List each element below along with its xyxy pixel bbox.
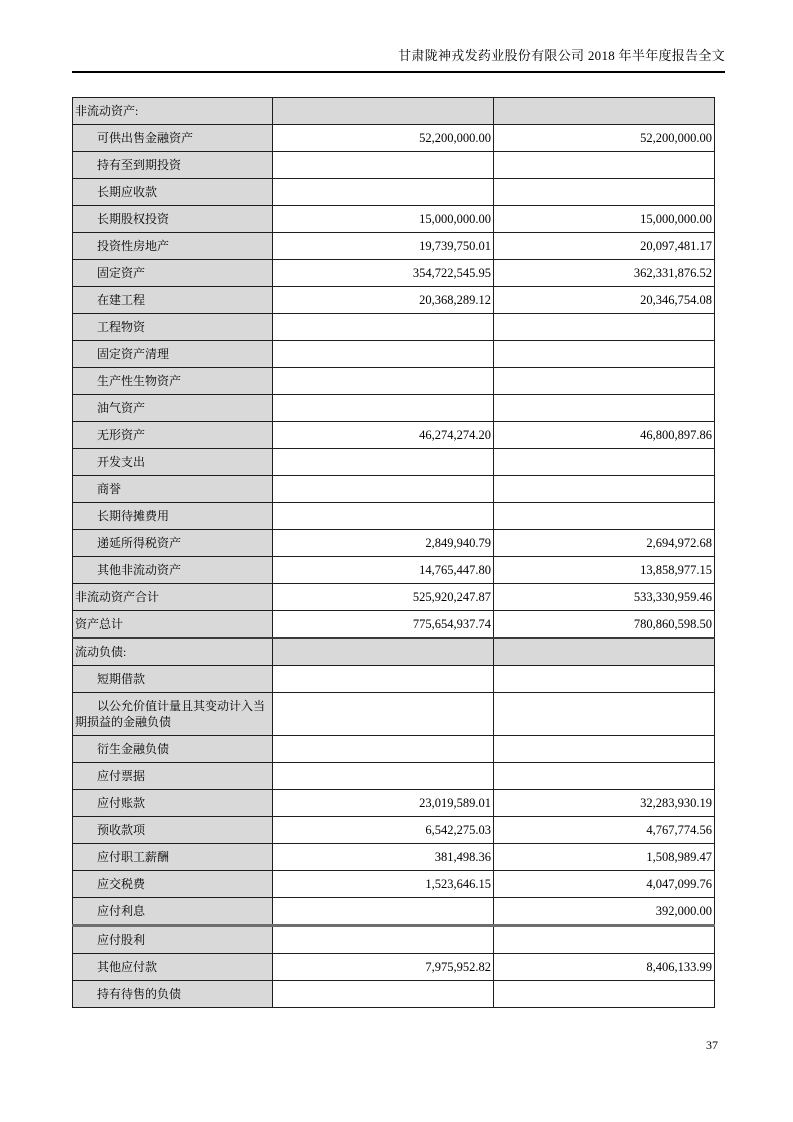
amount-prior [494, 981, 715, 1008]
row-label: 商誉 [73, 476, 273, 503]
amount-prior: 4,047,099.76 [494, 871, 715, 898]
table-row: 其他应付款7,975,952.828,406,133.99 [73, 954, 715, 981]
amount-prior: 20,346,754.08 [494, 287, 715, 314]
amount-current: 1,523,646.15 [273, 871, 494, 898]
table-row: 长期应收款 [73, 179, 715, 206]
amount-current [273, 98, 494, 125]
amount-prior [494, 736, 715, 763]
table-row: 固定资产清理 [73, 341, 715, 368]
table-row: 生产性生物资产 [73, 368, 715, 395]
amount-prior: 392,000.00 [494, 898, 715, 926]
amount-current [273, 898, 494, 926]
amount-current [273, 926, 494, 954]
amount-prior: 2,694,972.68 [494, 530, 715, 557]
row-label: 投资性房地产 [73, 233, 273, 260]
amount-current [273, 314, 494, 341]
table-row: 短期借款 [73, 666, 715, 693]
row-label: 应交税费 [73, 871, 273, 898]
amount-prior [494, 503, 715, 530]
table-row: 其他非流动资产14,765,447.8013,858,977.15 [73, 557, 715, 584]
amount-prior [494, 152, 715, 179]
row-label: 预收款项 [73, 817, 273, 844]
row-label: 应付股利 [73, 926, 273, 954]
amount-current: 46,274,274.20 [273, 422, 494, 449]
row-label: 应付票据 [73, 763, 273, 790]
amount-prior: 13,858,977.15 [494, 557, 715, 584]
row-label: 其他应付款 [73, 954, 273, 981]
row-label: 持有待售的负债 [73, 981, 273, 1008]
table-row: 以公允价值计量且其变动计入当期损益的金融负债 [73, 693, 715, 736]
amount-current: 23,019,589.01 [273, 790, 494, 817]
amount-current: 14,765,447.80 [273, 557, 494, 584]
amount-current: 19,739,750.01 [273, 233, 494, 260]
amount-current [273, 341, 494, 368]
document-page: 甘肃陇神戎发药业股份有限公司 2018 年半年度报告全文 非流动资产:可供出售金… [0, 0, 793, 1122]
amount-prior [494, 763, 715, 790]
row-label: 应付利息 [73, 898, 273, 926]
table-row: 衍生金融负债 [73, 736, 715, 763]
table-row: 资产总计775,654,937.74780,860,598.50 [73, 611, 715, 639]
amount-current [273, 368, 494, 395]
row-label: 非流动资产合计 [73, 584, 273, 611]
amount-current: 7,975,952.82 [273, 954, 494, 981]
table-row: 非流动资产: [73, 98, 715, 125]
row-label: 油气资产 [73, 395, 273, 422]
amount-prior [494, 693, 715, 736]
table-row: 预收款项6,542,275.034,767,774.56 [73, 817, 715, 844]
row-label: 开发支出 [73, 449, 273, 476]
table-row: 递延所得税资产2,849,940.792,694,972.68 [73, 530, 715, 557]
amount-prior: 15,000,000.00 [494, 206, 715, 233]
table-row: 应交税费1,523,646.154,047,099.76 [73, 871, 715, 898]
row-label: 固定资产 [73, 260, 273, 287]
amount-current: 6,542,275.03 [273, 817, 494, 844]
table-row: 在建工程20,368,289.1220,346,754.08 [73, 287, 715, 314]
page-number: 37 [706, 1038, 718, 1052]
table-row: 无形资产46,274,274.2046,800,897.86 [73, 422, 715, 449]
amount-current [273, 638, 494, 666]
amount-prior: 32,283,930.19 [494, 790, 715, 817]
table-row: 应付账款23,019,589.0132,283,930.19 [73, 790, 715, 817]
amount-prior [494, 926, 715, 954]
amount-current [273, 693, 494, 736]
row-label: 流动负债: [73, 638, 273, 666]
table-body: 非流动资产:可供出售金融资产52,200,000.0052,200,000.00… [73, 98, 715, 1008]
amount-current [273, 449, 494, 476]
amount-prior: 52,200,000.00 [494, 125, 715, 152]
amount-current: 775,654,937.74 [273, 611, 494, 639]
amount-current: 525,920,247.87 [273, 584, 494, 611]
amount-current: 2,849,940.79 [273, 530, 494, 557]
amount-prior [494, 368, 715, 395]
amount-prior [494, 638, 715, 666]
amount-current: 354,722,545.95 [273, 260, 494, 287]
amount-prior [494, 341, 715, 368]
amount-current [273, 476, 494, 503]
row-label: 衍生金融负债 [73, 736, 273, 763]
amount-current [273, 395, 494, 422]
header-title: 甘肃陇神戎发药业股份有限公司 2018 年半年度报告全文 [398, 48, 725, 63]
amount-prior [494, 179, 715, 206]
amount-prior: 8,406,133.99 [494, 954, 715, 981]
row-label: 在建工程 [73, 287, 273, 314]
table-row: 流动负债: [73, 638, 715, 666]
amount-prior: 533,330,959.46 [494, 584, 715, 611]
row-label: 其他非流动资产 [73, 557, 273, 584]
table-row: 应付利息392,000.00 [73, 898, 715, 926]
amount-prior: 780,860,598.50 [494, 611, 715, 639]
table-row: 开发支出 [73, 449, 715, 476]
amount-current: 52,200,000.00 [273, 125, 494, 152]
table-row: 持有至到期投资 [73, 152, 715, 179]
table-row: 商誉 [73, 476, 715, 503]
amount-current: 381,498.36 [273, 844, 494, 871]
amount-current [273, 503, 494, 530]
table-row: 非流动资产合计525,920,247.87533,330,959.46 [73, 584, 715, 611]
row-label: 持有至到期投资 [73, 152, 273, 179]
table-row: 可供出售金融资产52,200,000.0052,200,000.00 [73, 125, 715, 152]
row-label: 固定资产清理 [73, 341, 273, 368]
amount-current [273, 666, 494, 693]
amount-current [273, 736, 494, 763]
amount-prior: 362,331,876.52 [494, 260, 715, 287]
amount-current [273, 981, 494, 1008]
amount-current: 15,000,000.00 [273, 206, 494, 233]
row-label: 应付账款 [73, 790, 273, 817]
amount-current [273, 179, 494, 206]
amount-prior [494, 666, 715, 693]
table-row: 应付股利 [73, 926, 715, 954]
amount-prior: 1,508,989.47 [494, 844, 715, 871]
amount-prior [494, 314, 715, 341]
table-row: 应付票据 [73, 763, 715, 790]
balance-sheet-table: 非流动资产:可供出售金融资产52,200,000.0052,200,000.00… [72, 97, 715, 1008]
row-label: 短期借款 [73, 666, 273, 693]
row-label: 资产总计 [73, 611, 273, 639]
row-label: 无形资产 [73, 422, 273, 449]
row-label: 工程物资 [73, 314, 273, 341]
row-label: 以公允价值计量且其变动计入当期损益的金融负债 [73, 693, 273, 736]
row-label: 长期应收款 [73, 179, 273, 206]
table-row: 投资性房地产19,739,750.0120,097,481.17 [73, 233, 715, 260]
row-label: 应付职工薪酬 [73, 844, 273, 871]
table-row: 长期待摊费用 [73, 503, 715, 530]
amount-prior: 46,800,897.86 [494, 422, 715, 449]
amount-current [273, 152, 494, 179]
row-label: 可供出售金融资产 [73, 125, 273, 152]
document-header: 甘肃陇神戎发药业股份有限公司 2018 年半年度报告全文 [72, 48, 725, 73]
row-label: 生产性生物资产 [73, 368, 273, 395]
amount-prior [494, 98, 715, 125]
row-label: 递延所得税资产 [73, 530, 273, 557]
row-label: 非流动资产: [73, 98, 273, 125]
table-row: 油气资产 [73, 395, 715, 422]
amount-current: 20,368,289.12 [273, 287, 494, 314]
table-row: 工程物资 [73, 314, 715, 341]
table-row: 长期股权投资15,000,000.0015,000,000.00 [73, 206, 715, 233]
row-label: 长期待摊费用 [73, 503, 273, 530]
table-row: 固定资产354,722,545.95362,331,876.52 [73, 260, 715, 287]
amount-prior [494, 449, 715, 476]
amount-prior [494, 395, 715, 422]
table-row: 持有待售的负债 [73, 981, 715, 1008]
table-row: 应付职工薪酬381,498.361,508,989.47 [73, 844, 715, 871]
amount-prior [494, 476, 715, 503]
amount-prior: 20,097,481.17 [494, 233, 715, 260]
amount-current [273, 763, 494, 790]
amount-prior: 4,767,774.56 [494, 817, 715, 844]
row-label: 长期股权投资 [73, 206, 273, 233]
